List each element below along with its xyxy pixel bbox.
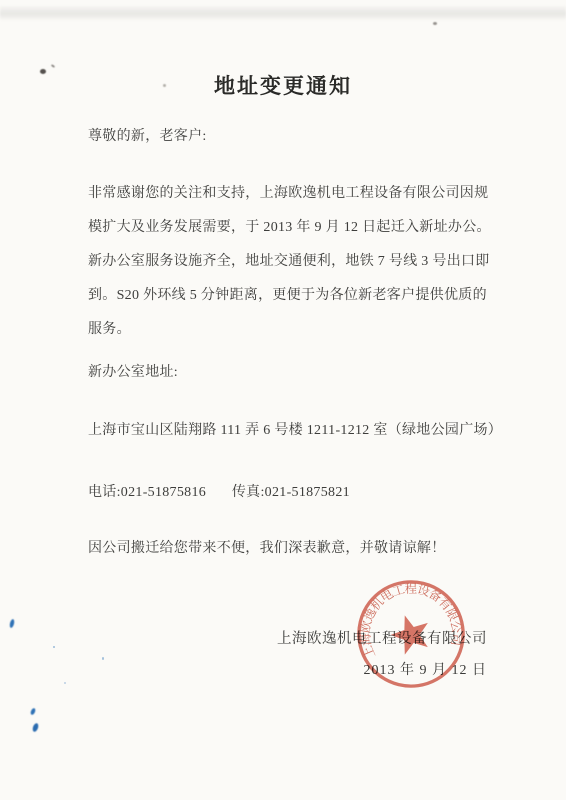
company-seal-stamp: 上海欧逸机电工程设备有限公司 <box>344 567 477 700</box>
seal-star-icon <box>386 609 435 657</box>
body-line: 新办公室服务设施齐全，地址交通便利，地铁 7 号线 3 号出口即 <box>88 245 498 279</box>
body-line: 服务。 <box>88 313 498 347</box>
new-office-address: 上海市宝山区陆翔路 111 弄 6 号楼 1211-1212 室（绿地公园广场） <box>88 419 502 439</box>
scan-artifact-band <box>0 6 566 20</box>
scan-speck <box>163 84 166 87</box>
greeting-line: 尊敬的新，老客户: <box>88 125 207 145</box>
contact-line: 电话:021-51875816 传真:021-51875821 <box>88 481 350 501</box>
body-line: 非常感谢您的关注和支持，上海欧逸机电工程设备有限公司因规 <box>88 177 498 211</box>
body-line: 到。S20 外环线 5 分钟距离，更便于为各位新老客户提供优质的 <box>88 279 498 313</box>
ink-speck <box>102 657 104 660</box>
scan-speck <box>40 69 46 74</box>
ink-speck <box>32 722 40 732</box>
ink-speck <box>64 682 66 684</box>
ink-speck <box>53 646 55 648</box>
fax-number: 传真:021-51875821 <box>232 481 350 501</box>
apology-line: 因公司搬迁给您带来不便，我们深表歉意，并敬请谅解！ <box>88 537 446 557</box>
scanned-notice-page: 地址变更通知 尊敬的新，老客户: 非常感谢您的关注和支持，上海欧逸机电工程设备有… <box>0 0 566 800</box>
scan-speck <box>51 64 55 68</box>
scan-speck <box>433 22 437 25</box>
new-office-address-label: 新办公室地址: <box>88 361 178 381</box>
body-line: 模扩大及业务发展需要，于 2013 年 9 月 12 日起迁入新址办公。 <box>88 211 498 245</box>
ink-speck <box>30 707 37 715</box>
phone-number: 电话:021-51875816 <box>88 485 206 500</box>
page-title: 地址变更通知 <box>0 70 566 100</box>
body-paragraph: 非常感谢您的关注和支持，上海欧逸机电工程设备有限公司因规 模扩大及业务发展需要，… <box>88 177 498 347</box>
ink-speck <box>9 619 15 629</box>
